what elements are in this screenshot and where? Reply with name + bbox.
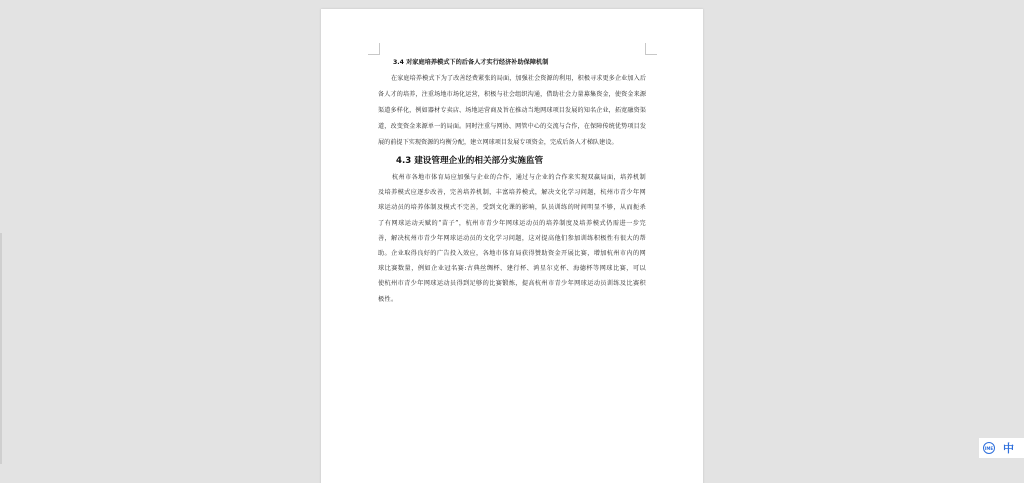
page-margin-corner-top-right <box>645 43 657 55</box>
left-scroll-edge <box>0 233 2 464</box>
ime-indicator[interactable]: IME 中 <box>979 438 1024 458</box>
section-4-3-heading: 4.3 建设管理企业的相关部分实施监管 <box>396 154 646 168</box>
page-margin-corner-top-left <box>368 43 380 55</box>
ime-logo-icon[interactable]: IME <box>983 442 995 454</box>
document-page[interactable]: 3.4 对家庭培养模式下的后备人才实行经济补助保障机制 在家庭培养模式下为了改善… <box>321 9 703 483</box>
section-4-3-paragraph: 杭州市各地市体育局应加强与企业的合作，通过与企业的合作来实现双赢局面，培养机制及… <box>378 170 646 307</box>
ime-language-toggle[interactable]: 中 <box>1003 440 1014 456</box>
section-3-4-paragraph: 在家庭培养模式下为了改善经费紧张的局面，加强社会资源的利用，积极寻求更多企业加入… <box>378 71 646 151</box>
section-3-4-heading: 3.4 对家庭培养模式下的后备人才实行经济补助保障机制 <box>393 58 646 68</box>
page-content: 3.4 对家庭培养模式下的后备人才实行经济补助保障机制 在家庭培养模式下为了改善… <box>378 58 646 307</box>
